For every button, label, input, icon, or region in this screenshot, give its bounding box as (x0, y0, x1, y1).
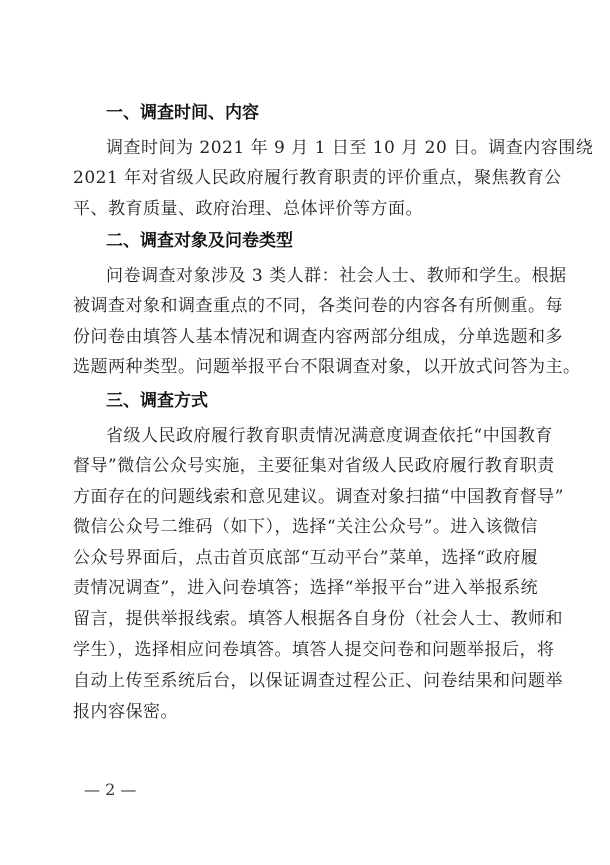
paragraph-line: 公众号界面后，点击首页底部“互动平台”菜单，选择“政府履 (73, 543, 529, 573)
paragraph-line: 省级人民政府履行教育职责情况满意度调查依托“中国教育 (106, 421, 529, 451)
section-heading-time-content: 一、调查时间、内容 (106, 98, 259, 128)
paragraph-line: 报内容保密。 (73, 697, 529, 727)
page-number: — 2 — (84, 780, 136, 799)
document-page: 一、调查时间、内容 调查时间为 2021 年 9 月 1 日至 10 月 20 … (0, 0, 610, 865)
paragraph-line: 学生），选择相应问卷填答。填答人提交问卷和问题举报后，将 (73, 635, 529, 665)
paragraph-line: 留言，提供举报线索。填答人根据各自身份（社会人士、教师和 (73, 604, 529, 634)
paragraph-line: 自动上传至系统后台，以保证调查过程公正、问卷结果和问题举 (73, 666, 529, 696)
paragraph-line: 方面存在的问题线索和意见建议。调查对象扫描“中国教育督导” (73, 482, 529, 512)
paragraph-line: 平、教育质量、政府治理、总体评价等方面。 (73, 194, 529, 224)
paragraph-line: 选题两种类型。问题举报平台不限调查对象，以开放式问答为主。 (73, 352, 529, 382)
paragraph-line: 问卷调查对象涉及 3 类人群：社会人士、教师和学生。根据 (106, 261, 529, 291)
paragraph-line: 督导”微信公众号实施，主要征集对省级人民政府履行教育职责 (73, 451, 529, 481)
paragraph-line: 调查时间为 2021 年 9 月 1 日至 10 月 20 日。调查内容围绕 (106, 133, 529, 163)
paragraph-line: 被调查对象和调查重点的不同，各类问卷的内容各有所侧重。每 (73, 291, 529, 321)
paragraph-line: 份问卷由填答人基本情况和调查内容两部分组成，分单选题和多 (73, 322, 529, 352)
paragraph-line: 微信公众号二维码（如下），选择“关注公众号”。进入该微信 (73, 512, 529, 542)
section-heading-survey-method: 三、调查方式 (106, 386, 208, 416)
paragraph-line: 责情况调查”，进入问卷填答；选择“举报平台”进入举报系统 (73, 573, 529, 603)
paragraph-line: 2021 年对省级人民政府履行教育职责的评价重点，聚焦教育公 (73, 163, 529, 193)
section-heading-survey-targets: 二、调查对象及问卷类型 (106, 226, 293, 256)
